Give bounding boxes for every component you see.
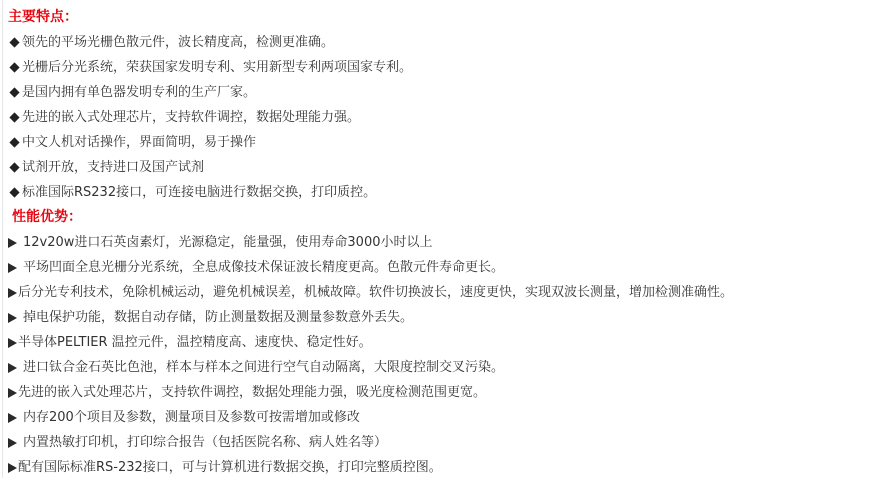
feature-item-text: 试剂开放，支持进口及国产试剂 (22, 155, 204, 180)
section-heading-performance-advantages: 性能优势： (8, 205, 886, 230)
feature-item: 领先的平场光栅色散元件，波长精度高，检测更准确。 (8, 30, 886, 55)
advantage-item: 半导体PELTIER 温控元件，温控精度高、速度快、稳定性好。 (8, 330, 886, 355)
advantage-item: 掉电保护功能，数据自动存储，防止测量数据及测量参数意外丢失。 (8, 305, 886, 330)
advantage-item-text: 配有国际标准RS-232接口，可与计算机进行数据交换，打印完整质控图。 (18, 455, 442, 478)
feature-item: 试剂开放，支持进口及国产试剂 (8, 155, 886, 180)
feature-list-content: 主要特点： 领先的平场光栅色散元件，波长精度高，检测更准确。 光栅后分光系统，荣… (8, 5, 886, 478)
advantage-item-text: 内置热敏打印机，打印综合报告（包括医院名称、病人姓名等） (23, 430, 387, 455)
feature-item-text: 是国内拥有单色器发明专利的生产厂家。 (22, 80, 256, 105)
diamond-bullet-icon (8, 161, 21, 174)
advantage-item-text: 半导体PELTIER 温控元件，温控精度高、速度快、稳定性好。 (18, 330, 372, 355)
advantage-item-text: 后分光专利技术，免除机械运动，避免机械误差，机械故障。软件切换波长，速度更快，实… (18, 280, 733, 305)
section-heading-main-features: 主要特点： (8, 5, 886, 30)
triangle-bullet-icon (8, 463, 17, 473)
triangle-bullet-icon (8, 388, 17, 398)
advantage-item: 先进的嵌入式处理芯片，支持软件调控，数据处理能力强，吸光度检测范围更宽。 (8, 380, 886, 405)
feature-item-text: 领先的平场光栅色散元件，波长精度高，检测更准确。 (22, 30, 334, 55)
triangle-bullet-icon (8, 413, 17, 423)
advantage-item: 内置热敏打印机，打印综合报告（包括医院名称、病人姓名等） (8, 430, 886, 455)
advantage-item: 平场凹面全息光栅分光系统，全息成像技术保证波长精度更高。色散元件寿命更长。 (8, 255, 886, 280)
advantage-item-text: 内存200个项目及参数，测量项目及参数可按需增加或修改 (23, 405, 360, 430)
feature-item: 是国内拥有单色器发明专利的生产厂家。 (8, 80, 886, 105)
feature-item: 先进的嵌入式处理芯片，支持软件调控，数据处理能力强。 (8, 105, 886, 130)
diamond-bullet-icon (8, 86, 21, 99)
triangle-bullet-icon (8, 438, 17, 448)
diamond-bullet-icon (8, 36, 21, 49)
left-border-rule (2, 0, 3, 478)
feature-item-text: 光栅后分光系统，荣获国家发明专利、实用新型专利两项国家专利。 (22, 55, 412, 80)
triangle-bullet-icon (8, 238, 17, 248)
advantage-item: 12v20w进口石英卤素灯，光源稳定，能量强，使用寿命3000小时以上 (8, 230, 886, 255)
diamond-bullet-icon (8, 61, 21, 74)
feature-item: 中文人机对话操作，界面简明，易于操作 (8, 130, 886, 155)
advantage-item-text: 先进的嵌入式处理芯片，支持软件调控，数据处理能力强，吸光度检测范围更宽。 (18, 380, 486, 405)
advantage-item: 内存200个项目及参数，测量项目及参数可按需增加或修改 (8, 405, 886, 430)
triangle-bullet-icon (8, 263, 17, 273)
triangle-bullet-icon (8, 363, 17, 373)
diamond-bullet-icon (8, 186, 21, 199)
advantage-item-text: 平场凹面全息光栅分光系统，全息成像技术保证波长精度更高。色散元件寿命更长。 (23, 255, 504, 280)
feature-item: 光栅后分光系统，荣获国家发明专利、实用新型专利两项国家专利。 (8, 55, 886, 80)
advantage-item: 后分光专利技术，免除机械运动，避免机械误差，机械故障。软件切换波长，速度更快，实… (8, 280, 886, 305)
diamond-bullet-icon (8, 111, 21, 124)
feature-item-text: 中文人机对话操作，界面简明，易于操作 (22, 130, 256, 155)
feature-item-text: 标准国际RS232接口，可连接电脑进行数据交换，打印质控。 (22, 180, 376, 205)
feature-item: 标准国际RS232接口，可连接电脑进行数据交换，打印质控。 (8, 180, 886, 205)
advantage-item-text: 掉电保护功能，数据自动存储，防止测量数据及测量参数意外丢失。 (23, 305, 413, 330)
advantage-item-text: 进口钛合金石英比色池，样本与样本之间进行空气自动隔离，大限度控制交叉污染。 (23, 355, 504, 380)
feature-item-text: 先进的嵌入式处理芯片，支持软件调控，数据处理能力强。 (22, 105, 360, 130)
advantage-item-text: 12v20w进口石英卤素灯，光源稳定，能量强，使用寿命3000小时以上 (23, 230, 433, 255)
advantage-item: 配有国际标准RS-232接口，可与计算机进行数据交换，打印完整质控图。 (8, 455, 886, 478)
diamond-bullet-icon (8, 136, 21, 149)
triangle-bullet-icon (8, 338, 17, 348)
triangle-bullet-icon (8, 288, 17, 298)
triangle-bullet-icon (8, 313, 17, 323)
advantage-item: 进口钛合金石英比色池，样本与样本之间进行空气自动隔离，大限度控制交叉污染。 (8, 355, 886, 380)
